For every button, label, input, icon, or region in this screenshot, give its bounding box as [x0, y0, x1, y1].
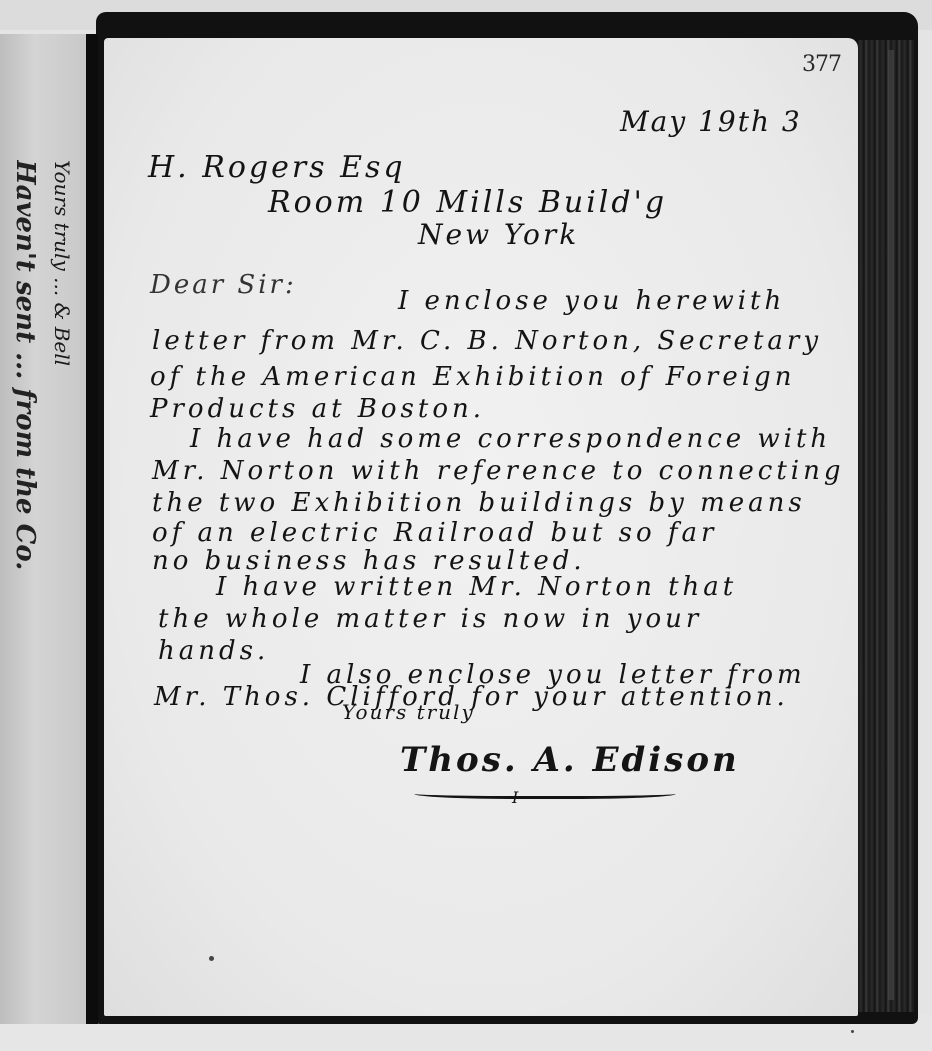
signature-flourish [414, 786, 676, 799]
body-line: I have written Mr. Norton that [216, 572, 737, 602]
body-line: Mr. Norton with reference to connecting [152, 456, 844, 486]
body-line: the whole matter is now in your [158, 604, 702, 634]
signature: Thos. A. Edison [400, 740, 740, 780]
page-edge-highlight [888, 50, 894, 1000]
signature-mark: I [512, 788, 518, 807]
body-line: hands. [158, 636, 269, 666]
body-line: letter from Mr. C. B. Norton, Secretary [152, 326, 822, 356]
facing-page-text: Yours truly ... & Bell Haven't sent ... … [2, 160, 88, 980]
closing: Yours truly [342, 700, 475, 724]
recipient-city: New York [418, 218, 579, 251]
body-line: of an electric Railroad but so far [152, 518, 717, 548]
book-gutter [86, 34, 98, 1024]
facing-page-line: Yours truly ... & Bell [50, 160, 74, 980]
facing-page-line: Haven't sent ... from the Co. [10, 160, 40, 980]
body-line: the two Exhibition buildings by means [152, 488, 806, 518]
salutation: Dear Sir: [150, 270, 297, 300]
letter-date: May 19th 3 [620, 105, 802, 138]
recipient-name: H. Rogers Esq [148, 150, 406, 185]
ink-speck [851, 1030, 854, 1033]
page-number: 377 [802, 52, 841, 77]
body-line: I have had some correspondence with [190, 424, 831, 454]
body-line: of the American Exhibition of Foreign [150, 362, 795, 392]
ink-speck [209, 956, 214, 961]
recipient-address-line: Room 10 Mills Build'g [268, 185, 667, 220]
page-block-edges [858, 40, 914, 1012]
body-line: I enclose you herewith [398, 286, 785, 316]
body-line: Products at Boston. [150, 394, 485, 424]
